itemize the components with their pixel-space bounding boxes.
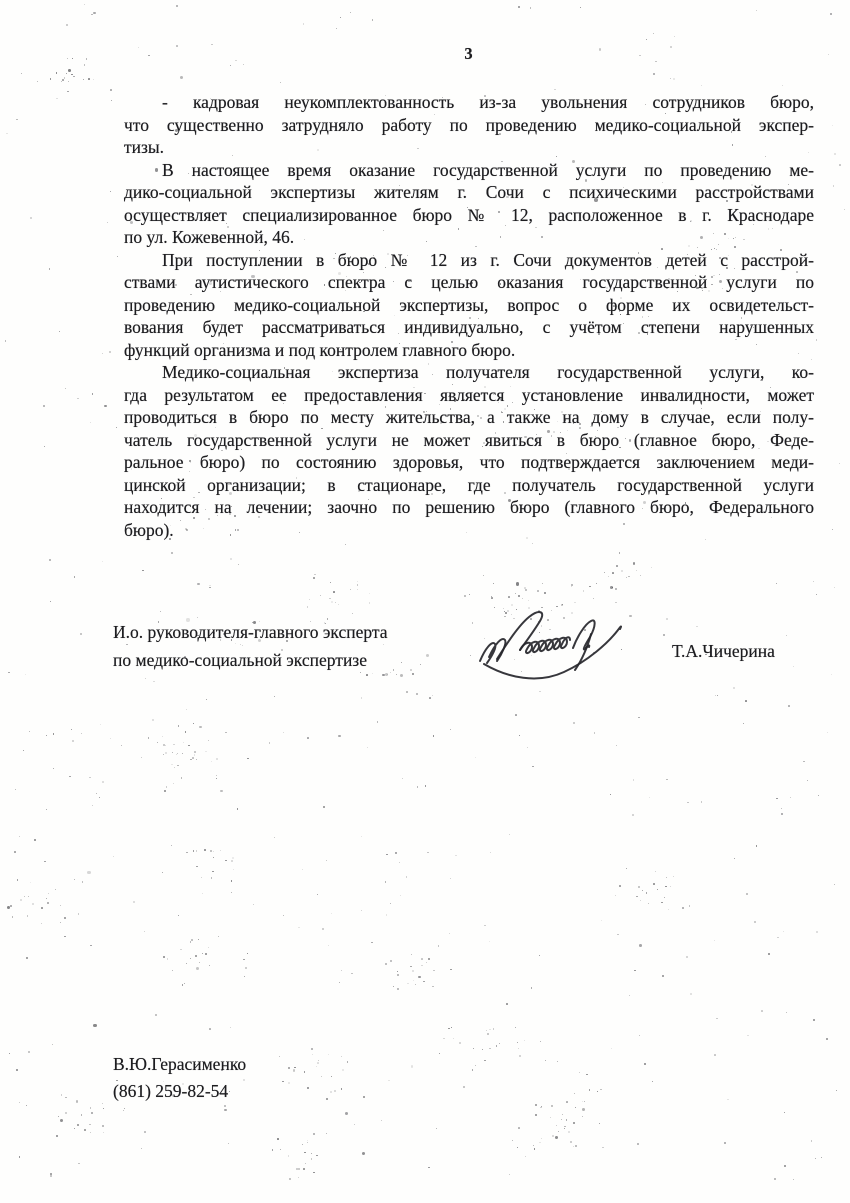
text-line: В настоящее время оказание государственн… — [124, 159, 814, 182]
paragraph: - кадровая неукомплектованность из-за ув… — [124, 91, 814, 159]
executor-phone: (861) 259-82-54 — [113, 1078, 246, 1105]
text-line: что существенно затрудняло работу по про… — [124, 114, 814, 137]
text-line: по ул. Кожевенной, 46. — [124, 226, 814, 249]
text-line: чатель государственной услуги не может я… — [124, 429, 814, 452]
handwritten-signature-icon — [440, 598, 650, 693]
text-line: гда результатом ее предоставления являет… — [124, 384, 814, 407]
signatory-name: Т.А.Чичерина — [672, 641, 775, 662]
text-line: ральное бюро) по состоянию здоровья, что… — [124, 451, 814, 474]
letter-body: - кадровая неукомплектованность из-за ув… — [124, 91, 814, 541]
text-line: При поступлении в бюро № 12 из г. Сочи д… — [124, 249, 814, 272]
paragraph: В настоящее время оказание государственн… — [124, 159, 814, 249]
signatory-title-line-1: И.о. руководителя-главного эксперта — [113, 619, 388, 647]
text-line: вования будет рассматриваться индивидуал… — [124, 316, 814, 339]
text-line: цинской организации; в стационаре, где п… — [124, 474, 814, 497]
signatory-title: И.о. руководителя-главного эксперта по м… — [113, 619, 388, 674]
executor-name: В.Ю.Герасименко — [113, 1051, 246, 1078]
scanned-letter-page: 3 - кадровая неукомплектованность из-за … — [0, 0, 850, 1203]
text-line: ствами аутистического спектра с целью ок… — [124, 271, 814, 294]
executor-contact: В.Ю.Герасименко (861) 259-82-54 — [113, 1051, 246, 1104]
text-line: проведению медико-социальной экспертизы,… — [124, 294, 814, 317]
paragraph: При поступлении в бюро № 12 из г. Сочи д… — [124, 249, 814, 362]
text-line: тизы. — [124, 136, 814, 159]
text-line: - кадровая неукомплектованность из-за ув… — [124, 91, 814, 114]
signatory-title-line-2: по медико-социальной экспертизе — [113, 647, 388, 675]
page-number: 3 — [124, 44, 813, 64]
text-line: проводиться в бюро по месту жительства, … — [124, 406, 814, 429]
text-line: осуществляет специализированное бюро № 1… — [124, 204, 814, 227]
text-line: функций организма и под контролем главно… — [124, 339, 814, 362]
text-line: Медико-социальная экспертиза получателя … — [124, 361, 814, 384]
text-line: дико-социальной экспертизы жителям г. Со… — [124, 181, 814, 204]
paragraph: Медико-социальная экспертиза получателя … — [124, 361, 814, 541]
text-line: бюро). — [124, 519, 814, 542]
text-line: находится на лечении; заочно по решению … — [124, 496, 814, 519]
